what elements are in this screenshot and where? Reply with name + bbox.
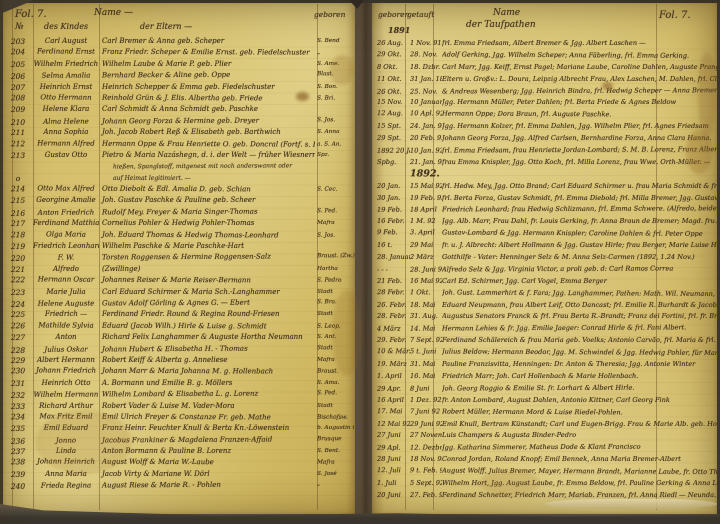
birthplace: S. Bri. [315,94,355,106]
birthplace: S. Bra. [315,297,355,309]
baptized-date: 31. Aug. [410,311,442,323]
entry-number: 236 [3,435,33,447]
register-row: - - - 28. Juni 92 Alfredo Selz & Jgg. Vi… [374,263,717,276]
godparents-names: Joh. Georg Roggio & Emilie St. fr. Lorha… [442,382,717,395]
born-date: 29 Apl. [374,443,410,455]
register-row: 218 Olga Maria Joh. Eduard Thomas & Hedw… [3,229,355,242]
godparents-names: Alfredo Selz & Jgg. Virginia Victor, a p… [442,263,717,276]
parents-names: August Wolff & Maria W.-Laube [99,457,315,469]
child-name: Friedrich — [33,309,99,320]
godparents-names: Friedrich Marr; Joh. Carl Hollenbach & M… [442,371,717,383]
born-date: 26 Aug. [374,38,410,50]
parents-names: (Zwillinge) [99,264,315,275]
register-row: 223 Marie Julia Carl Eduard Schirmer & M… [3,287,355,298]
birthplace: S. Bend [315,36,355,47]
born-date: 1. April [374,371,410,383]
child-name: Selma Amalia [33,71,99,83]
baptized-date: 27 November [410,430,442,442]
born-date: 26. Febr. [374,300,410,312]
register-row: 227 Anton Richard Felix Langhammer & Aug… [3,332,355,343]
born-date: 10 & März [374,346,410,358]
entry-number: 204 [3,47,33,59]
born-date: 28 Febr. [374,287,410,299]
birthplace: b. Augustin i. Behi [315,423,355,434]
register-row: 230 Johann Friedrich Johann Marr & Maria… [3,366,355,379]
godparents-names: Eduard Neupmann, frau Albert Leif, Otto … [442,300,717,312]
parents-names: Torsten Roggensen & Hermine Roggensen-Sa… [99,252,315,265]
child-name [33,162,99,174]
register-row: 225 Friedrich — Ferdinand Friedr. Round … [3,309,355,320]
baptized-date: 1 Nov. 91 [410,38,442,50]
godparents-names: Carl Ed. Schirmer, Jgg. Carl Vogel, Emma… [442,276,717,288]
godparents-names: Joh. Gust. Lammerhirt & f. Fara; Jgg. La… [442,287,717,300]
child-name: Anton [33,332,99,343]
born-date: 20 Juni [374,490,410,502]
register-row: 1. Juli 5 Sept. 92 Wilhelm Hort, Jgg. Au… [374,478,717,490]
parents-names: Robert Keiff & Alberta g. Anneliese [99,355,315,366]
baptized-date: 28. Juni 92 [410,264,442,276]
entry-number: 235 [3,423,33,434]
right-register-rows: 26 Aug. 1 Nov. 91 frl. Emma Friedsam, Al… [374,38,717,502]
birthplace: Hartha [315,264,355,275]
parents-names: Otto Diebolt & Edl. Amalia D. geb. Schia… [99,184,315,196]
register-row: 15 Spt. 24. Jan. 92 Jgg. Hermann Kolzer,… [374,121,717,133]
birthplace [315,160,355,172]
birthplace: Braust. (Zw.) [315,252,355,264]
register-row: 1. April 16. Mai Friedrich Marr; Joh. Ca… [374,371,717,383]
register-row: 224 Helene Auguste Gustav Adolf Görling … [3,297,355,310]
godparents-names: Carl Marr, Jgg. Keiff, Ernst Pagel; Mari… [442,62,717,74]
child-name: Georgine Amalie [33,195,99,206]
parents-names: Joh. Jacob Robert Reß & Elisabeth geb. B… [99,127,315,138]
born-date: 16 April [374,395,410,407]
register-row: 4 März 14. Mai Hermann Lehies & fr. Jgg.… [374,323,717,336]
register-row: 209 Helene Klara Carl Schmidt & Anna Sch… [3,104,355,115]
child-name: Jonno [33,435,99,447]
left-register-rows: 203 Carl August Carl Bremer & Anna geb. … [3,36,355,492]
entry-number: 231 [3,378,33,389]
number-column-header: № [15,22,24,32]
register-row: 217 Ferdinand Matthias Cornelius Pohler … [3,218,355,229]
born-date: 12. Juli [374,465,410,477]
parents-names: Heinrich Schepper & Emma geb. Fiedelschu… [99,82,315,93]
baptized-date: 27. Feb. 92 [410,490,442,502]
godparents-names: Jgg. Hermann Müller, Peter Dahlen; frl. … [442,97,717,109]
entry-number: 206 [3,71,33,83]
entry-number: 212 [3,138,33,150]
register-row: 236 Jonno Jacobus Frankiner & Magdalena … [3,434,355,447]
godparents-names: frl. Hedw. Mey, Jgg. Otto Brand; Carl Ed… [442,181,717,193]
entry-number: 213 [3,150,33,161]
child-name: Ferdinand Ernst [33,47,99,59]
register-row: 207 Heinrich Ernst Heinrich Schepper & E… [3,82,355,93]
entry-number: 205 [3,59,33,70]
entry-number: 214 [3,183,33,195]
birthplace: Mafra [315,458,355,470]
baptized-date: 24. Jan. 92 [410,121,442,133]
godparents-names: Jgg. Alb. Marr, Frau Dahl, fr. Louis Ger… [442,216,717,228]
birthplace: Braust. [315,367,355,379]
baptized-column-header: getauft [407,10,434,19]
baptized-date: 28. Nov. [410,49,442,61]
register-row: 234 Max Fritz Emil Emil Ulrich Freyer & … [3,411,355,424]
born-date: 8 Okt. [374,62,410,74]
born-date: 29 Okt. [374,49,410,61]
parents-names: Wilhelm Lombard & Elisabetha L. g. Loren… [99,388,315,401]
entry-number: 234 [3,411,33,423]
born-date: 9 Feb. [374,227,410,239]
entry-number: 216 [3,208,33,220]
child-name [33,173,99,184]
register-row: 19. März 31. Mai Pauline Franzisvitta, H… [374,359,717,371]
baptized-date: 14. Mai [410,324,442,336]
born-date: Spbg. [374,157,410,169]
register-row: 12 Aug. 10 Apl. 92 Hermann Oppe; Dora Br… [374,108,717,122]
birthplace: a. S. An. [315,139,355,151]
entry-number: 228 [3,344,33,356]
entry-number: 217 [3,218,33,229]
birthplace [315,173,355,184]
godparents-names: Friedrich Leonhard; frau Hedwig Schlizma… [442,204,717,217]
child-name: Emil Eduard [33,423,99,434]
born-date: 4 März [374,324,410,336]
register-row: 210 Alma Helene Johann Georg Forza & Her… [3,115,355,128]
godparents-names: Jgg. Hermann Kolzer, frl. Emma Dahlen, J… [442,121,717,133]
child-name: Marie Julia [33,287,99,298]
taufpathen-header: der Taufpathen [466,20,536,30]
parents-names: Joh. Gustav Paschke & Pauline geb. Schee… [99,195,315,206]
born-date: 11 Okt. [374,74,410,86]
parents-names: Hermann Oppe & Frau Henriette O. geb. Do… [99,138,315,150]
child-name: Wilhelm Hermann [33,390,99,402]
baptized-date: 5 t. Juni [410,346,442,358]
godparents-names: fr. Anton Lombard, August Dahlen, Antoni… [442,395,717,407]
entry-number: 225 [3,309,33,320]
born-date: 29 Spt. [374,133,410,145]
child-name: Heinrich Ernst [33,82,99,93]
birthplace: Brusque [315,434,355,446]
baptized-date: 29 Mai [410,240,442,252]
birthplace: Stadt [315,401,355,412]
register-row: 206 Selma Amalia Bernhard Becker & Aline… [3,69,355,82]
parents-names: Anton Bormann & Pauline B. Lorenz [99,446,315,457]
register-row: 26 Okt. 25. Nov. & Andreas Wesenberg; Jg… [374,85,717,98]
birthplace: S. Pedro [315,276,355,288]
register-row: 1892 20 Jan. 10 Jan. 92 frl. Emma Frieds… [374,144,717,157]
birthplace: Blast. [315,69,355,81]
baptized-date: 7 Juni 92 [410,406,442,418]
birthplace [315,104,355,115]
parents-names: Joh. Eduard Thomas & Hedwig Thomas-Leonh… [99,229,315,241]
register-row: 240 Frieda Regina August Riese & Marie R… [3,479,355,492]
baptized-date: 16. Mai [410,371,442,383]
baptized-date: 31 Jan. 1892 [410,74,442,86]
birthplace: S. Leop. [315,321,355,333]
godparents-names [442,168,717,181]
entry-number: 239 [3,469,33,480]
parents-names: Johann Hubert & Elisabetha H. - Thomas [99,343,315,356]
godparents-names: frau Emma Knispler, Jgg. Otto Koch, frl.… [442,157,717,169]
born-date: 15 Spt. [374,121,410,133]
birthplace: S. Jos. [315,230,355,242]
baptized-date: 18. Mai [410,300,442,312]
parents-names: Johann Marr & Maria Johanna M. g. Hollen… [99,366,315,378]
register-row: 17. Mai 7 Juni 92 Robert Müller, Hermann… [374,406,717,420]
parents-names: Franz Friedr. Scheper & Emilie Ernst. ge… [99,47,315,59]
birthplace: S. Ped. [315,388,355,400]
register-row: 8 Okt. 18. Dzbr. Carl Marr, Jgg. Keiff, … [374,62,717,74]
register-row: 216 Anton Friedrich Rudolf Mey. Freyer &… [3,206,355,219]
child-name: Johann Friedrich [33,366,99,378]
parents-names: Carl Bremer & Anna geb. Scheper [99,36,315,47]
register-row: 220 F. W. Torsten Roggensen & Hermine Ro… [3,252,355,265]
baptized-date: 19 Feb. 93 [410,193,442,205]
parents-names: Bernhard Becker & Aline geb. Oppe [99,69,315,82]
entry-number: 238 [3,457,33,469]
born-date: 28. Januar [374,252,410,264]
child-name: Max Fritz Emil [33,411,99,423]
parents-names: Robert Vader & Luise M. Vader-Mora [99,401,315,412]
godparents-names: Julius Beldow; Hermann Beodor, Jgg. M. S… [442,347,717,360]
register-row: 1892. [374,168,717,182]
child-name: Julius Oskar [33,344,99,356]
baptized-date: 5 Sept. 92 [410,478,442,490]
birthplace: S. Bon. [315,82,355,93]
child-name: Hermann Oscar [33,275,99,287]
child-name: Frieda Regina [33,481,99,493]
entry-number: 224 [3,299,33,311]
register-row: 20 Jan. 15 Mai 92 frl. Hedw. Mey, Jgg. O… [374,181,717,193]
child-name: Alma Helene [33,116,99,128]
entry-number: 230 [3,366,33,378]
godparents-names: Robert Müller, Hermann Mord & Luise Ried… [442,406,717,419]
baptized-date: 3. April [410,228,442,240]
register-book-photo: Fol. 7. Name — № des Kindes der Eltern —… [0,0,720,524]
entry-number: 218 [3,229,33,241]
baptized-date: 8 Juni [410,383,442,395]
entry-number: 232 [3,390,33,402]
born-date: 26 Okt. [374,86,410,98]
baptized-date: 15 Mai 92 [410,181,442,193]
parents-names: Rudolf Mey. Freyer & Maria Singer-Thomas [99,206,315,219]
godparents-names: Gotthilfe - Vater: Henninger Selz & M. A… [442,252,717,264]
birthplace: Stadt [315,343,355,355]
child-name: Anna Maria [33,469,99,480]
child-name: Olga Maria [33,229,99,241]
child-name: Hermann Alfred [33,138,99,150]
parents-names: Jacobus Frankiner & Magdalena Franzen-Af… [99,434,315,447]
child-name: Johann Heinrich [33,457,99,469]
born-date: 17. Mai [374,406,410,418]
birthplace: Stadt [315,309,355,320]
child-name: Friedrich Leonhard [33,241,99,252]
birthplace: Mafra [315,218,355,229]
baptized-date: 9 t. Feb. 93 [410,465,442,477]
born-date: 20 Jan. [374,181,410,193]
parents-names: hießen, Spanglstoff, mitgenest mit noch … [99,161,315,174]
baptized-date: 18. Dzbr. [410,62,442,74]
parents-names: Carl Schmidt & Anna Schmidt geb. Paschke [99,104,315,115]
child-name: Mathilde Sylvia [33,320,99,332]
godparents-names: Conrad Jordan, Roland Knopf; Emil Bennek… [442,454,717,466]
godparents-names: Ferdinand Schälereich & frau Maria geb. … [442,335,717,347]
entry-number [3,162,33,174]
register-row: 26 Aug. 1 Nov. 91 frl. Emma Friedsam, Al… [374,38,717,50]
right-folio-label: Fol. 7. [659,10,691,21]
register-row: 28 Juni 18 Nov. 92 Conrad Jordan, Roland… [374,454,717,466]
entry-number: 210 [3,116,33,128]
godparents-names: Pauline Franzisvitta, Henningen: Dr. Ant… [442,359,717,371]
godparents-names: Eltern u. Großv.: L. Doura, Leipzig Albr… [442,74,717,86]
born-date: 28. Febr. [374,311,410,323]
child-name: Otto Max Alfred [33,183,99,195]
birthplace: S. Bent. [315,446,355,457]
register-row: 226 Mathilde Sylvia Eduard (Jacob Wilh.)… [3,320,355,333]
born-date: 12 Mai 92 [374,419,410,431]
baptized-date: 1892. [410,168,442,180]
entry-number: 209 [3,104,33,115]
parents-names: Carl Eduard Schirmer & Maria Sch.-Langha… [99,287,315,298]
child-name: Heinrich Otto [33,378,99,389]
entry-number: 211 [3,127,33,138]
baptized-date: 20 Feb. 92 [410,133,442,145]
child-name: Anna Sophia [33,127,99,138]
register-row: 29 Apr. 8 Juni Joh. Georg Roggio & Emili… [374,382,717,395]
born-date: 30 Jan. [374,193,410,205]
entry-number: 226 [3,320,33,332]
entry-number: 219 [3,241,33,252]
born-date: 1. Juli [374,478,410,490]
register-row: 9 Feb. 3. April Gustav-Lombard & Jgg. He… [374,227,717,241]
birthplace: S. Cec. [315,185,355,197]
godparents-names: August Wolff, Julius Bremer, Mayer, Herm… [442,466,717,479]
child-name: Richard Arthur [33,401,99,412]
born-date [374,168,410,180]
parents-names: A. Bormann und Emilie B. g. Möllers [99,378,315,389]
parents-names: Johannes Reiser & Marie Reiser-Bermann [99,275,315,287]
register-row: 212 Hermann Alfred Hermann Oppe & Frau H… [3,138,355,151]
child-name: Ferdinand Matthias [33,218,99,229]
parents-names: Franz Heinr. Feuchter Knull & Berta Kn.-… [99,423,315,434]
register-row: 214 Otto Max Alfred Otto Diebolt & Edl. … [3,183,355,196]
register-row: 29 Spt. 20 Feb. 92 Johann Georg Forza, J… [374,133,717,145]
year-marker-1891: 1891 [388,25,410,35]
entry-number: 208 [3,92,33,104]
baptized-date: 10 Jan. 92 [410,145,442,157]
godparents-names: & Andreas Wesenberg; Jgg. Heinrich Bindr… [442,85,717,98]
baptized-date: 21. Jan. 92 [410,157,442,169]
godparents-names: frl. Emma Friedsam, frau Henriette Jorda… [442,144,717,157]
left-folio-label: Fol. 7. [15,9,47,20]
register-row: 11 Okt. 31 Jan. 1892 Eltern u. Großv.: L… [374,74,717,86]
register-row: 235 Emil Eduard Franz Heinr. Feuchter Kn… [3,423,355,434]
birthplace: Bischofsw. [315,412,355,424]
register-row: 28 Febr. 1 Okt. Joh. Gust. Lammerhirt & … [374,287,717,301]
child-name: Wilhelm Friedrich [33,59,99,70]
register-row: 215 Georgine Amalie Joh. Gustav Paschke … [3,195,355,206]
child-name: Anton Friedrich [33,207,99,219]
register-row: 232 Wilhelm Hermann Wilhelm Lombard & El… [3,388,355,401]
parents-names: Reinhold Grün & J. Elis. Albertha geb. F… [99,93,315,105]
child-name: Gustav Otto [33,150,99,161]
baptized-date: 18 April [410,205,442,217]
child-column-header: des Kindes [44,22,88,31]
born-date: 19 Feb. [374,205,410,217]
parents-names: Ferdinand Friedr. Round & Regina Round-F… [99,309,315,320]
godparents-names: Emil Knull, Bertram Künstandt; Carl und … [442,419,717,431]
godparents-names: frl. Emma Friedsam, Albert Bremer & Jgg.… [442,38,717,50]
birthplace: Mafra [315,355,355,366]
parents-names: Emil Ulrich Freyer & Constanze Fr. geb. … [99,412,315,424]
register-row: 233 Richard Arthur Robert Vader & Luise … [3,401,355,412]
born-date: - - - [374,265,410,277]
entry-number: 227 [3,332,33,343]
register-row: 16 t. 29 Mai fr. u. J. Albrecht: Albert … [374,240,717,252]
register-row: 28. Januar 2 März Gotthilfe - Vater: Hen… [374,252,717,264]
register-row: 26. Febr. 18. Mai Eduard Neupmann, frau … [374,300,717,312]
baptized-date: 1 Dez. 92 [410,395,442,407]
born-date: 12 Aug. [374,108,410,120]
born-date: 27 Juni [374,430,410,442]
register-row: 211 Anna Sophia Joh. Jacob Robert Reß & … [3,127,355,138]
entry-number: 222 [3,274,33,286]
birthplace: „ [315,479,355,491]
parents-column-header: der Eltern — [140,22,192,31]
born-date: 1892 20 Jan. [374,146,410,158]
register-row: 19 Feb. 18 April Friedrich Leonhard; fra… [374,204,717,217]
register-row: o auf Heimat legitimiert. — [3,173,355,184]
register-row: 21 Feb. 16 Mai 92 Carl Ed. Schirmer, Jgg… [374,276,717,288]
register-row: 204 Ferdinand Ernst Franz Friedr. Schepe… [3,47,355,60]
parents-names: Gustav Adolf Görling & Agnes G. — Ebert [99,297,315,310]
child-name: Helene Klara [33,104,99,115]
parents-names: auf Heimat legitimiert. — [99,173,315,184]
register-row: 12 Mai 92 29 Juni 92 Emil Knull, Bertram… [374,419,717,431]
register-row: 29 Apl. 12. Dezbr. 92 Jgg. Katharina Sim… [374,442,717,455]
godparents-names: Hermann Oppe; Dora Braun, frl. Auguste P… [442,109,717,122]
baptized-date: 18 Nov. 92 [410,454,442,466]
godparents-names: Hermann Lehies & fr. Jgg. Emilie Jaeger:… [442,323,717,336]
born-date: 16 t. [374,240,410,252]
birthplace: „ [315,48,355,60]
child-name: Otto Hermann [33,92,99,104]
entry-number: 220 [3,253,33,265]
child-name: F. W. [33,253,99,265]
register-row: 238 Johann Heinrich August Wolff & Maria… [3,457,355,470]
child-name: Helene Auguste [33,298,99,310]
register-row: 208 Otto Hermann Reinhold Grün & J. Elis… [3,92,355,105]
baptized-date: 10 Apl. 92 [410,109,442,121]
entry-number: 215 [3,195,33,206]
birthplace: S. Ant. [315,332,355,343]
parents-names: August Riese & Marie R. - Pohlen [99,480,315,493]
baptized-date: 2 März [410,252,442,264]
entry-number: 223 [3,287,33,298]
parents-names: Eduard (Jacob Wilh.) Hirle & Luise g. Sc… [99,320,315,332]
register-row: 12. Juli 9 t. Feb. 93 August Wolff, Juli… [374,465,717,479]
entry-number: 207 [3,82,33,93]
baptized-date: 12. Dezbr. 92 [410,443,442,455]
register-row: 228 Julius Oskar Johann Hubert & Elisabe… [3,343,355,356]
register-row: 29. Febr. 7 Sept. 92 Ferdinand Schälerei… [374,335,717,347]
parents-names: Richard Felix Langhammer & Auguste Horth… [99,332,315,343]
register-row: Spbg. 21. Jan. 92 frau Emma Knispler, Jg… [374,157,717,169]
parents-names: Johann Georg Forza & Hermine geb. Dreyer [99,115,315,128]
born-date: 21 Feb. [374,276,410,288]
baptized-date: 25. Nov. [410,86,442,98]
register-row: 10 & März 5 t. Juni Julius Beldow; Herma… [374,346,717,360]
register-row: 29 Okt. 28. Nov. Adolf Gerking, Jgg. Wil… [374,49,717,63]
